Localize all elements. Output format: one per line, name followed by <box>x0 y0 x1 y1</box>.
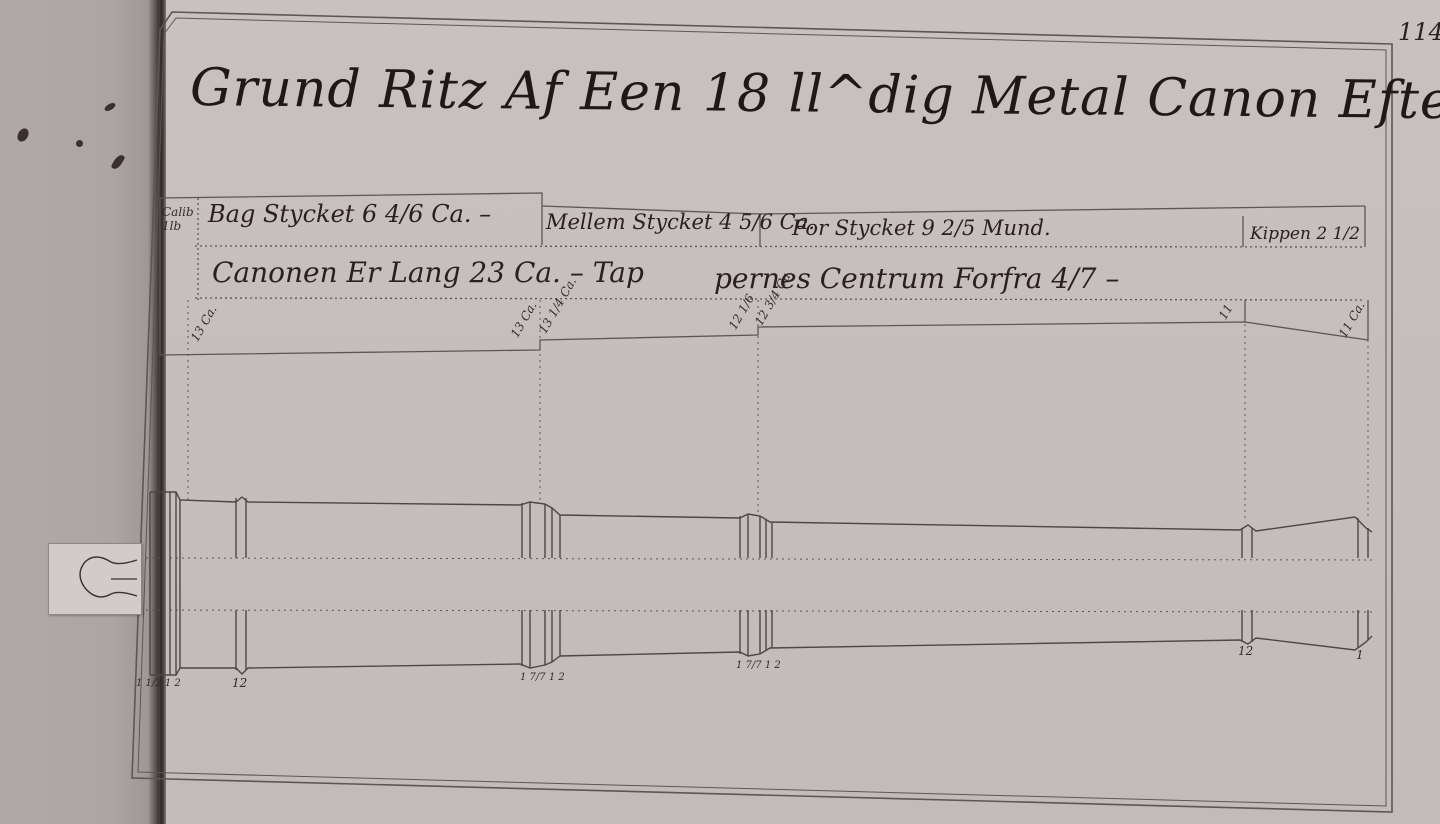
kippen-label: Kippen 2 1/2 <box>1250 224 1360 244</box>
section-lines <box>140 300 1375 612</box>
binding-tab <box>48 543 142 615</box>
ring-dimension-label: 12 <box>232 676 247 690</box>
page-border <box>132 12 1392 812</box>
muzzle-dimension-label: 1 <box>1356 648 1364 662</box>
ring-dimension-label: 1 7/7 1 2 <box>736 660 781 671</box>
manuscript-scene: Grund Ritz Af Een 18 ll^dig Metal Canon … <box>0 0 1440 824</box>
ring-dimension-label: 1 7/7 1 2 <box>520 672 565 683</box>
cannon-outline <box>150 492 1372 675</box>
cannon-length-label: Canonen Er Lang 23 Ca. – Tap <box>212 256 644 289</box>
calibre-label: Calib 1lb <box>162 205 192 233</box>
ring-dimension-label: 12 <box>1238 644 1253 658</box>
for-stycket-label: For Stycket 9 2/5 Mund. <box>792 216 1051 240</box>
mellem-stycket-label: Mellem Stycket 4 5/6 Ca. <box>546 210 815 234</box>
page-number: 114 <box>1398 18 1440 46</box>
breech-dimension-label: 1 1/2 1 2 <box>136 678 181 689</box>
cascabel-shape-icon <box>49 544 141 614</box>
bag-stycket-label: Bag Stycket 6 4/6 Ca. – <box>208 200 491 228</box>
